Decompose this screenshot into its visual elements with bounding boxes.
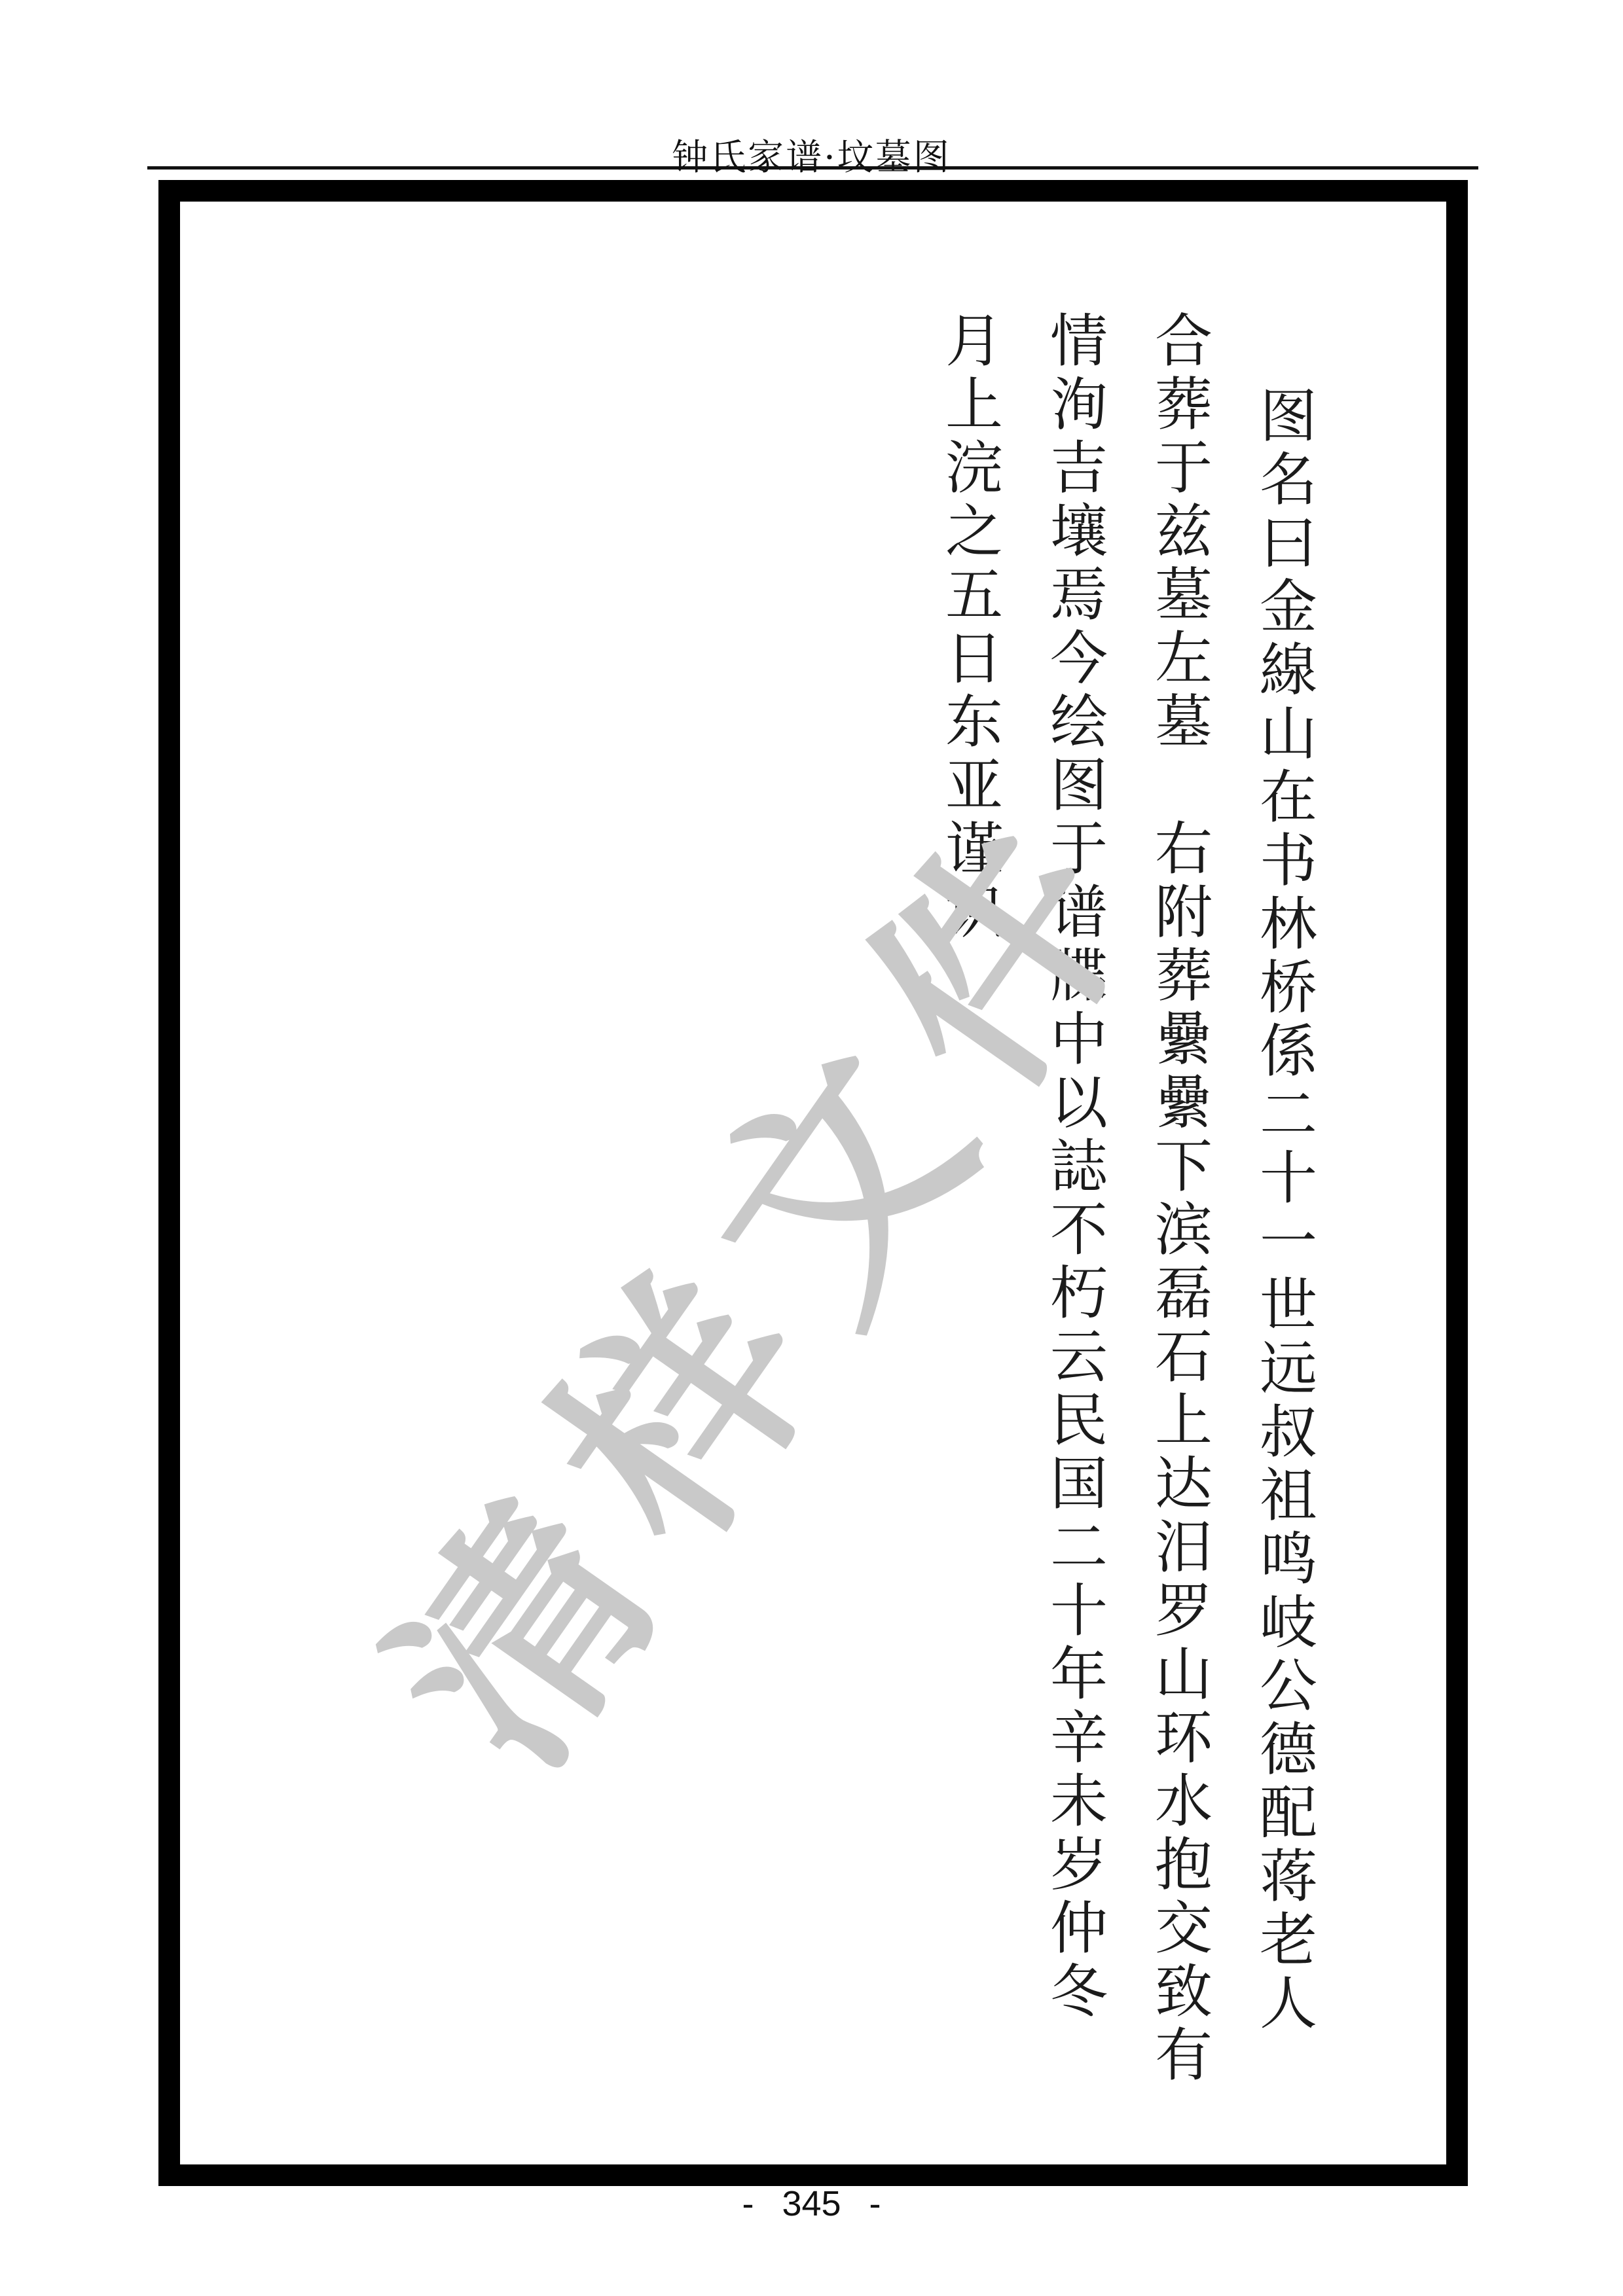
text-column-3: 情洵吉壤焉今绘图于谱牒中以誌不朽云民国二十年辛未岁仲冬 <box>1022 310 1127 2117</box>
text-column-1: 图名曰金線山在书林桥係二十一世远叔祖鸣岐公德配蒋老人 <box>1231 310 1336 2117</box>
text-column-2: 合葬于兹墓左墓 右附葬纍纍下滨磊石上达汨罗山环水抱交致有 <box>1127 310 1231 2117</box>
running-head-title: 钟氏家谱·坟墓图 <box>0 128 1623 180</box>
genealogy-page: 钟氏家谱·坟墓图 图名曰金線山在书林桥係二十一世远叔祖鸣岐公德配蒋老人 合葬于兹… <box>0 0 1623 2296</box>
page-number: - 345 - <box>0 2183 1623 2224</box>
header-divider-line <box>147 166 1478 170</box>
